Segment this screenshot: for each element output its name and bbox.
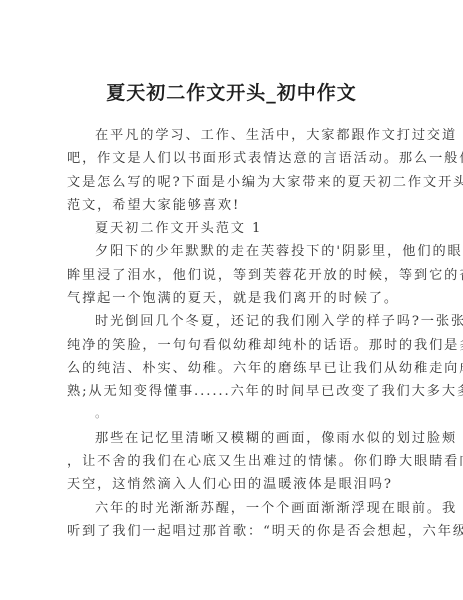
body-paragraph: 六年的时光渐渐苏醒，一个个画面渐渐浮现在眼前。我 听到了我们一起唱过那首歌：“明…: [67, 497, 395, 544]
intro-paragraph: 在平凡的学习、工作、生活中，大家都跟作文打过交道 吧，作文是人们以书面形式表情达…: [67, 124, 395, 217]
text-line: 在平凡的学习、工作、生活中，大家都跟作文打过交道: [67, 124, 395, 147]
text-line: 气撑起一个饱满的夏天，就是我们离开的时候了。: [67, 287, 395, 310]
text-line: 夕阳下的少年默默的走在芙蓉投下的'阴影里，他们的眼: [67, 240, 395, 263]
text-line: 天空，这悄然滴入人们心田的温暖液体是眼泪吗?: [67, 473, 395, 496]
document-body: 在平凡的学习、工作、生活中，大家都跟作文打过交道 吧，作文是人们以书面形式表情达…: [67, 124, 395, 543]
text-line: 时光倒回几个冬夏，还记的我们刚入学的样子吗?一张张: [67, 310, 395, 333]
text-line: 那些在记忆里清晰又模糊的画面，像雨水似的划过脸颊: [67, 427, 395, 450]
body-paragraph: 夕阳下的少年默默的走在芙蓉投下的'阴影里，他们的眼 眸里浸了泪水，他们说，等到芙…: [67, 240, 395, 310]
body-paragraph: 那些在记忆里清晰又模糊的画面，像雨水似的划过脸颊 ，让不舍的我们在心底又生出难过…: [67, 427, 395, 497]
text-line: 吧，作文是人们以书面形式表情达意的言语活动。那么一般作: [67, 147, 395, 170]
body-paragraph: 时光倒回几个冬夏，还记的我们刚入学的样子吗?一张张 纯净的笑脸，一句句看似幼稚却…: [67, 310, 395, 426]
document-page: 夏天初二作文开头_初中作文 在平凡的学习、工作、生活中，大家都跟作文打过交道 吧…: [0, 0, 463, 600]
text-line: 听到了我们一起唱过那首歌：“明天的你是否会想起，六年级: [67, 520, 395, 543]
text-line: 六年的时光渐渐苏醒，一个个画面渐渐浮现在眼前。我: [67, 497, 395, 520]
text-line: 文是怎么写的呢?下面是小编为大家带来的夏天初二作文开头: [67, 171, 395, 194]
text-line: 么的纯洁、朴实、幼稚。六年的磨练早已让我们从幼稚走向成: [67, 357, 395, 380]
heading-text: 夏天初二作文开头范文 1: [67, 217, 395, 240]
text-line: 。: [67, 404, 395, 427]
document-title: 夏天初二作文开头_初中作文: [0, 78, 463, 105]
text-line: 眸里浸了泪水，他们说，等到芙蓉花开放的时候，等到它的香: [67, 264, 395, 287]
text-line: 熟;从无知变得懂事......六年的时间早已改变了我们大多大多: [67, 380, 395, 403]
section-heading: 夏天初二作文开头范文 1: [67, 217, 395, 240]
text-line: ，让不舍的我们在心底又生出难过的情愫。你们睁大眼睛看向: [67, 450, 395, 473]
text-line: 范文，希望大家能够喜欢!: [67, 194, 395, 217]
text-line: 纯净的笑脸，一句句看似幼稚却纯朴的话语。那时的我们是多: [67, 334, 395, 357]
